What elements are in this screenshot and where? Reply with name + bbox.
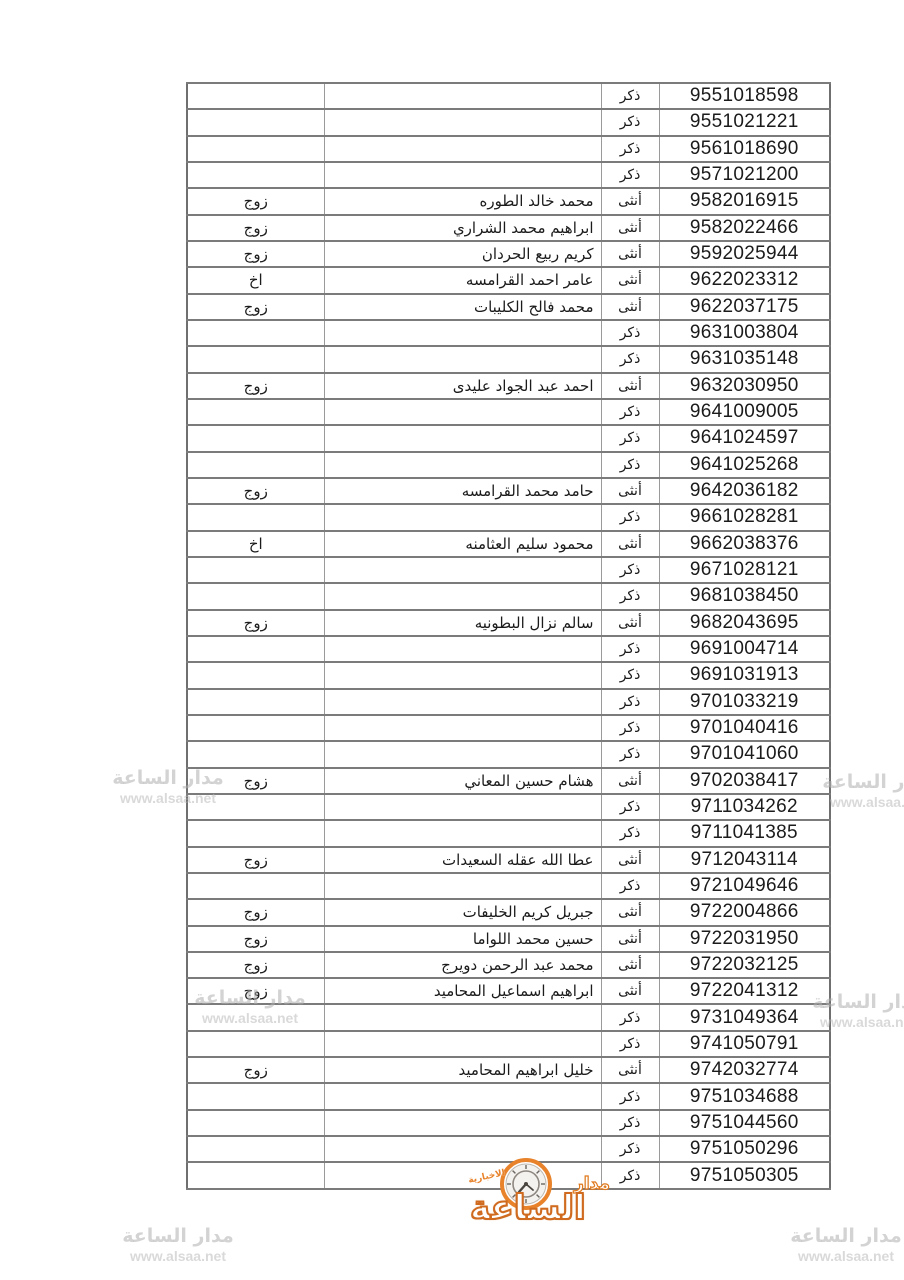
table-row: زوجحسين محمد اللواماأنثى9722031950 [187,926,830,952]
cell-gender: ذكر [601,715,659,741]
cell-relation [187,320,324,346]
table-row: ذكر9631035148 [187,346,830,372]
cell-name [324,557,601,583]
cell-number: 9722032125 [659,952,830,978]
cell-gender: ذكر [601,109,659,135]
table-row: ذكر9701040416 [187,715,830,741]
cell-name [324,1083,601,1109]
cell-name [324,1110,601,1136]
cell-number: 9622023312 [659,267,830,293]
watermark-bottom-right: مدار الساعة www.alsaa.net [786,1226,904,1264]
cell-relation: زوج [187,899,324,925]
cell-gender: ذكر [601,1110,659,1136]
table-row: زوجهشام حسين المعانيأنثى9702038417 [187,768,830,794]
cell-gender: ذكر [601,662,659,688]
cell-name: حامد محمد القرامسه [324,478,601,504]
cell-gender: ذكر [601,399,659,425]
cell-name [324,689,601,715]
cell-relation [187,873,324,899]
cell-gender: ذكر [601,83,659,109]
cell-number: 9742032774 [659,1057,830,1083]
cell-relation [187,583,324,609]
cell-gender: ذكر [601,583,659,609]
table-row: ذكر9691031913 [187,662,830,688]
cell-relation [187,820,324,846]
cell-relation [187,794,324,820]
cell-number: 9622037175 [659,294,830,320]
table-row: ذكر9571021200 [187,162,830,188]
cell-name [324,1031,601,1057]
table-row: زوجخليل ابراهيم المحاميدأنثى9742032774 [187,1057,830,1083]
table-row: زوجابراهيم محمد الشراريأنثى9582022466 [187,215,830,241]
cell-number: 9551021221 [659,109,830,135]
cell-number: 9731049364 [659,1004,830,1030]
cell-number: 9641024597 [659,425,830,451]
cell-name [324,162,601,188]
cell-number: 9701033219 [659,689,830,715]
cell-gender: ذكر [601,794,659,820]
cell-gender: أنثى [601,1057,659,1083]
cell-relation [187,346,324,372]
cell-relation [187,1004,324,1030]
cell-gender: أنثى [601,188,659,214]
watermark-title: مدار الساعة [118,1226,238,1248]
cell-name: ابراهيم محمد الشراري [324,215,601,241]
table-row: ذكر9721049646 [187,873,830,899]
table-row: ذكر9561018690 [187,136,830,162]
cell-gender: ذكر [601,504,659,530]
cell-number: 9681038450 [659,583,830,609]
cell-name: احمد عبد الجواد عليدى [324,373,601,399]
cell-name: محمد عبد الرحمن دويرج [324,952,601,978]
table-row: ذكر9701033219 [187,689,830,715]
cell-number: 9691004714 [659,636,830,662]
cell-name: محمد فالح الكليبات [324,294,601,320]
cell-name: خليل ابراهيم المحاميد [324,1057,601,1083]
cell-number: 9711034262 [659,794,830,820]
cell-gender: أنثى [601,241,659,267]
cell-gender: أنثى [601,768,659,794]
cell-name [324,425,601,451]
cell-gender: ذكر [601,1083,659,1109]
cell-number: 9631035148 [659,346,830,372]
cell-number: 9712043114 [659,847,830,873]
cell-number: 9751034688 [659,1083,830,1109]
cell-gender: ذكر [601,452,659,478]
cell-number: 9582016915 [659,188,830,214]
table-row: ذكر9681038450 [187,583,830,609]
table-row: ذكر9551021221 [187,109,830,135]
cell-relation [187,636,324,662]
cell-gender: أنثى [601,952,659,978]
cell-gender: أنثى [601,215,659,241]
cell-number: 9701040416 [659,715,830,741]
cell-relation [187,83,324,109]
table-row: ذكر9751034688 [187,1083,830,1109]
cell-relation [187,715,324,741]
cell-relation: اخ [187,531,324,557]
table-row: ذكر9701041060 [187,741,830,767]
cell-number: 9642036182 [659,478,830,504]
table-row: زوججبريل كريم الخليفاتأنثى9722004866 [187,899,830,925]
cell-name [324,83,601,109]
cell-relation [187,1110,324,1136]
cell-name: كريم ربيع الحردان [324,241,601,267]
cell-relation [187,1083,324,1109]
watermark-url: www.alsaa.net [118,1248,238,1264]
cell-gender: ذكر [601,136,659,162]
records-table: ذكر9551018598ذكر9551021221ذكر9561018690ذ… [186,82,831,1190]
cell-relation [187,162,324,188]
cell-gender: ذكر [601,1004,659,1030]
logo-title-text: الساعة [470,1188,586,1228]
cell-number: 9641025268 [659,452,830,478]
table-row: زوجمحمد خالد الطورهأنثى9582016915 [187,188,830,214]
table-row: ذكر9661028281 [187,504,830,530]
cell-name [324,399,601,425]
cell-gender: أنثى [601,978,659,1004]
cell-number: 9741050791 [659,1031,830,1057]
table-row: زوجحامد محمد القرامسهأنثى9642036182 [187,478,830,504]
cell-relation: زوج [187,478,324,504]
table-row: اخمحمود سليم العثامنهأنثى9662038376 [187,531,830,557]
cell-name: هشام حسين المعاني [324,768,601,794]
cell-relation: زوج [187,241,324,267]
cell-number: 9751050296 [659,1136,830,1162]
cell-number: 9662038376 [659,531,830,557]
table-row: زوجمحمد فالح الكليباتأنثى9622037175 [187,294,830,320]
cell-relation: زوج [187,847,324,873]
cell-gender: ذكر [601,162,659,188]
cell-number: 9721049646 [659,873,830,899]
cell-relation [187,662,324,688]
cell-relation [187,399,324,425]
cell-gender: ذكر [601,346,659,372]
cell-name [324,1004,601,1030]
cell-relation [187,1136,324,1162]
cell-gender: ذكر [601,1031,659,1057]
cell-number: 9701041060 [659,741,830,767]
cell-gender: ذكر [601,689,659,715]
cell-relation: زوج [187,1057,324,1083]
cell-name [324,583,601,609]
cell-name [324,662,601,688]
cell-relation: اخ [187,267,324,293]
table-row: ذكر9631003804 [187,320,830,346]
cell-number: 9641009005 [659,399,830,425]
cell-relation [187,136,324,162]
cell-relation [187,425,324,451]
cell-number: 9722004866 [659,899,830,925]
cell-relation [187,452,324,478]
cell-number: 9751044560 [659,1110,830,1136]
cell-number: 9691031913 [659,662,830,688]
cell-number: 9582022466 [659,215,830,241]
cell-number: 9722031950 [659,926,830,952]
alsaa-logo: الاخبارية مدار الساعة [462,1150,622,1235]
cell-relation: زوج [187,952,324,978]
watermark-url: www.alsaa.net [786,1248,904,1264]
cell-gender: ذكر [601,636,659,662]
cell-gender: ذكر [601,820,659,846]
cell-number: 9632030950 [659,373,830,399]
cell-name [324,820,601,846]
cell-relation: زوج [187,768,324,794]
cell-number: 9702038417 [659,768,830,794]
cell-gender: ذكر [601,425,659,451]
cell-name [324,320,601,346]
cell-name [324,873,601,899]
cell-relation [187,557,324,583]
table-row: ذكر9641025268 [187,452,830,478]
cell-name: سالم نزال البطونيه [324,610,601,636]
table-row: ذكر9641024597 [187,425,830,451]
table-row: زوجاحمد عبد الجواد عليدىأنثى9632030950 [187,373,830,399]
cell-number: 9722041312 [659,978,830,1004]
table-row: ذكر9711041385 [187,820,830,846]
table-row: ذكر9551018598 [187,83,830,109]
table-row: زوجابراهيم اسماعيل المحاميدأنثى972204131… [187,978,830,1004]
cell-gender: أنثى [601,847,659,873]
cell-gender: أنثى [601,610,659,636]
cell-name: محمد خالد الطوره [324,188,601,214]
table-row: ذكر9641009005 [187,399,830,425]
table-row: زوجمحمد عبد الرحمن دويرجأنثى9722032125 [187,952,830,978]
cell-gender: أنثى [601,478,659,504]
cell-gender: أنثى [601,294,659,320]
table-row: ذكر9731049364 [187,1004,830,1030]
cell-gender: ذكر [601,873,659,899]
cell-relation [187,109,324,135]
table-body: ذكر9551018598ذكر9551021221ذكر9561018690ذ… [187,83,830,1189]
cell-name: محمود سليم العثامنه [324,531,601,557]
cell-name: ابراهيم اسماعيل المحاميد [324,978,601,1004]
table-row: زوجعطا الله عقله السعيداتأنثى9712043114 [187,847,830,873]
cell-relation: زوج [187,215,324,241]
cell-number: 9551018598 [659,83,830,109]
cell-number: 9751050305 [659,1162,830,1188]
table-row: اخعامر احمد القرامسهأنثى9622023312 [187,267,830,293]
cell-name: جبريل كريم الخليفات [324,899,601,925]
cell-name [324,109,601,135]
cell-relation [187,1162,324,1188]
cell-number: 9561018690 [659,136,830,162]
cell-name: عطا الله عقله السعيدات [324,847,601,873]
scanned-document-page: مدار الساعة www.alsaa.net مدار الساعة ww… [0,0,904,1280]
cell-relation: زوج [187,926,324,952]
cell-relation: زوج [187,373,324,399]
cell-name [324,504,601,530]
cell-number: 9592025944 [659,241,830,267]
table-row: ذكر9751044560 [187,1110,830,1136]
cell-relation [187,741,324,767]
cell-gender: أنثى [601,373,659,399]
cell-number: 9631003804 [659,320,830,346]
cell-relation: زوج [187,978,324,1004]
cell-relation [187,504,324,530]
table-row: ذكر9741050791 [187,1031,830,1057]
cell-relation [187,1031,324,1057]
cell-number: 9671028121 [659,557,830,583]
cell-relation: زوج [187,610,324,636]
cell-relation: زوج [187,294,324,320]
cell-relation [187,689,324,715]
cell-gender: أنثى [601,899,659,925]
cell-gender: ذكر [601,320,659,346]
table-row: زوجكريم ربيع الحردانأنثى9592025944 [187,241,830,267]
table-row: زوجسالم نزال البطونيهأنثى9682043695 [187,610,830,636]
cell-gender: أنثى [601,926,659,952]
table-row: ذكر9671028121 [187,557,830,583]
cell-name [324,136,601,162]
cell-name [324,452,601,478]
cell-gender: ذكر [601,557,659,583]
cell-name: حسين محمد اللواما [324,926,601,952]
cell-name [324,715,601,741]
watermark-title: مدار الساعة [786,1226,904,1248]
cell-number: 9661028281 [659,504,830,530]
cell-relation: زوج [187,188,324,214]
watermark-bottom-left: مدار الساعة www.alsaa.net [118,1226,238,1264]
cell-number: 9571021200 [659,162,830,188]
cell-gender: أنثى [601,531,659,557]
cell-gender: ذكر [601,741,659,767]
cell-number: 9711041385 [659,820,830,846]
cell-name [324,346,601,372]
cell-gender: أنثى [601,267,659,293]
cell-number: 9682043695 [659,610,830,636]
cell-name [324,636,601,662]
table-row: ذكر9711034262 [187,794,830,820]
cell-name: عامر احمد القرامسه [324,267,601,293]
table-row: ذكر9691004714 [187,636,830,662]
cell-name [324,794,601,820]
cell-name [324,741,601,767]
